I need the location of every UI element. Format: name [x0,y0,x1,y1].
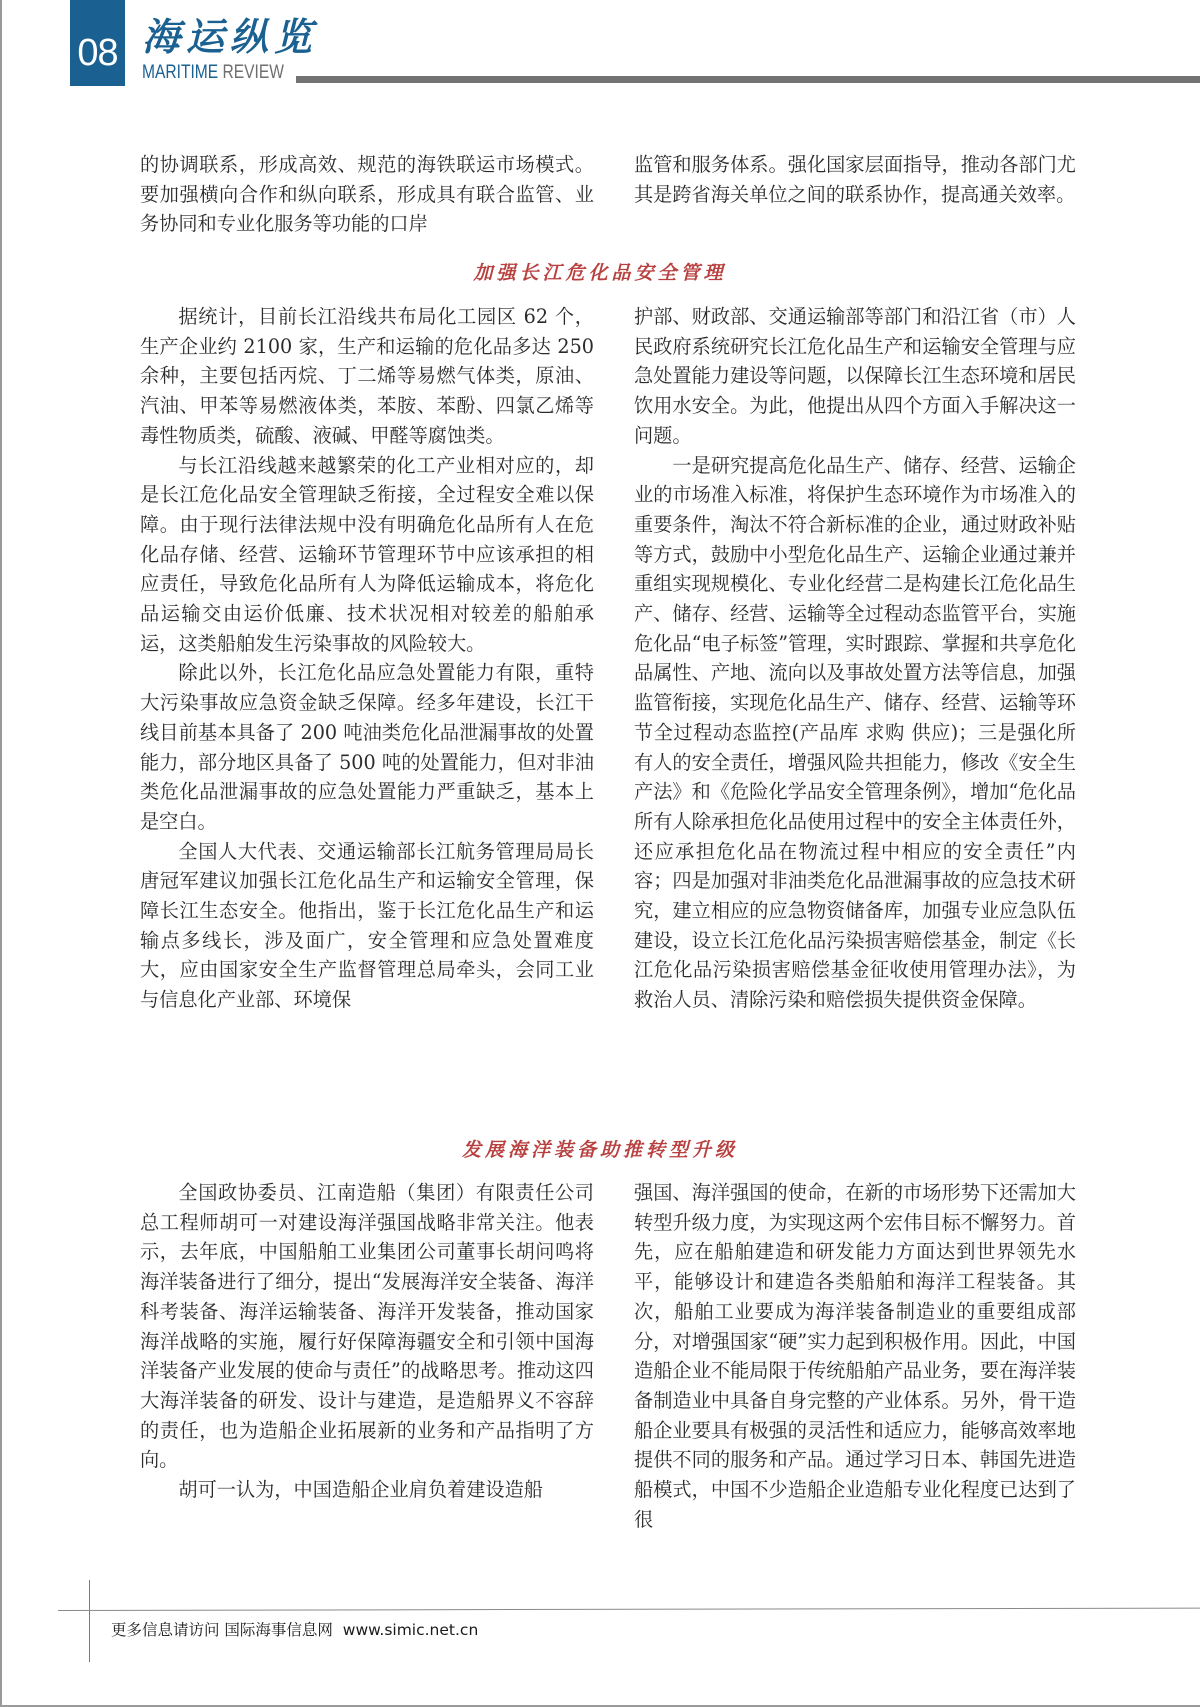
page-number: 08 [70,0,125,86]
paragraph: 强国、海洋强国的使命，在新的市场形势下还需加大转型升级力度，为实现这两个宏伟目标… [634,1178,1076,1534]
footer-rule [58,1608,1200,1611]
paragraph: 全国政协委员、江南造船（集团）有限责任公司总工程师胡可一对建设海洋强国战略非常关… [140,1178,594,1475]
section1-right-column: 护部、财政部、交通运输部等部门和沿江省（市）人民政府系统研究长江危化品生产和运输… [634,302,1076,1015]
paragraph: 护部、财政部、交通运输部等部门和沿江省（市）人民政府系统研究长江危化品生产和运输… [634,302,1076,451]
paragraph: 除此以外，长江危化品应急处置能力有限，重特大污染事故应急资金缺乏保障。经多年建设… [140,658,594,836]
page-border-left [0,0,2,1707]
subtitle-review: REVIEW [218,62,284,83]
subtitle-maritime: MARITIME [142,62,218,83]
paragraph: 全国人大代表、交通运输部长江航务管理局局长唐冠军建议加强长江危化品生产和运输安全… [140,837,594,1015]
paragraph: 据统计，目前长江沿线共布局化工园区 62 个，生产企业约 2100 家，生产和运… [140,302,594,451]
paragraph: 一是研究提高危化品生产、储存、经营、运输企业的市场准入标准，将保护生态环境作为市… [634,451,1076,1015]
section2-left-column: 全国政协委员、江南造船（集团）有限责任公司总工程师胡可一对建设海洋强国战略非常关… [140,1178,594,1505]
intro-right-column: 监管和服务体系。强化国家层面指导，推动各部门尤其是跨省海关单位之间的联系协作，提… [634,150,1076,209]
section-heading-marine-equipment: 发展海洋装备助推转型升级 [0,1135,1200,1162]
magazine-subtitle: MARITIME REVIEW [142,63,284,82]
paragraph: 与长江沿线越来越繁荣的化工产业相对应的，却是长江危化品安全管理缺乏衔接，全过程安… [140,451,594,659]
paragraph: 胡可一认为，中国造船企业肩负着建设造船 [140,1475,594,1505]
footer-website-text: 更多信息请访问 国际海事信息网 www.simic.net.cn [111,1618,478,1640]
section-heading-hazmat: 加强长江危化品安全管理 [0,258,1200,285]
header-rule [296,76,1200,83]
paragraph: 的协调联系，形成高效、规范的海铁联运市场模式。要加强横向合作和纵向联系，形成具有… [140,150,594,239]
intro-left-column: 的协调联系，形成高效、规范的海铁联运市场模式。要加强横向合作和纵向联系，形成具有… [140,150,594,239]
magazine-title: 海运纵览 [142,18,318,56]
section1-left-column: 据统计，目前长江沿线共布局化工园区 62 个，生产企业约 2100 家，生产和运… [140,302,594,1015]
crop-mark [89,1580,90,1662]
paragraph: 监管和服务体系。强化国家层面指导，推动各部门尤其是跨省海关单位之间的联系协作，提… [634,150,1076,209]
section2-right-column: 强国、海洋强国的使命，在新的市场形势下还需加大转型升级力度，为实现这两个宏伟目标… [634,1178,1076,1534]
